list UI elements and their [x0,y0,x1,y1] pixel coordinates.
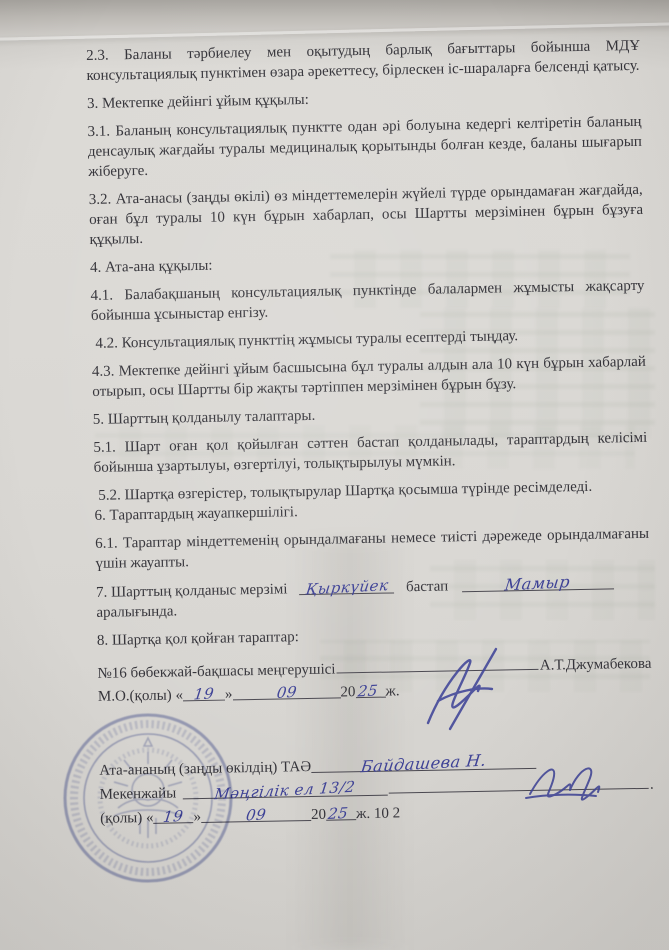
paragraph-3-2: 3.2. Ата-анасы (заңды өкілі) өз міндетте… [89,180,644,250]
official-round-stamp-icon [58,708,238,888]
year-prefix: 20 [340,682,355,702]
section-4-heading: 4. Ата-ана құқылы: [90,248,644,278]
paragraph-5-1: 5.1. Шарт оған қол қойылған сәттен баста… [93,428,648,478]
section-3-heading: 3. Мектепке дейінгі ұйым құқылы: [87,84,641,114]
manager-label: №16 бөбекжай-бақшасы меңгерушісі [97,660,335,684]
seal-label: М.О.(қолы) [98,686,172,707]
manager-signature-line [336,655,539,674]
address-dot: . [650,775,654,795]
parent-year-handwriting: 25 [327,803,350,824]
term-start-handwriting: Қыркүйек [304,575,389,599]
manager-name: А.Т.Джумабекова [540,654,652,676]
paragraph-4-1: 4.1. Балабақшаның консультациялық пункті… [90,276,645,326]
year-prefix: 20 [311,805,326,825]
term-end-underline: Мамыр [462,572,614,592]
term-start-underline: Қыркүйек [299,576,394,595]
address-extra-line [388,774,649,794]
manager-year-handwriting: 25 [356,680,379,701]
paragraph-6-1: 6.1. Тараптар міндеттеменің орындалмаған… [95,524,650,574]
term-prefix: 7. Шарттың қолданыс мерзімі [96,581,288,601]
manager-month-underline: 09 [232,681,340,700]
zh-suffix: ж. [385,681,399,701]
parent-month-handwriting: 09 [245,804,268,825]
paragraph-4-3: 4.3. Мектепке дейінгі ұйым басшысына бұл… [92,352,647,402]
manager-month-handwriting: 09 [275,682,298,703]
parent-name-handwriting: Байдашева Н. [360,751,488,778]
zh-page-suffix: ж. 10 2 [356,803,400,824]
manager-year-underline: 25 [355,681,385,699]
parent-name-underline: Байдашева Н. [311,752,536,773]
term-end-handwriting: Мамыр [504,572,572,596]
parent-year-underline: 25 [326,803,356,821]
paragraph-4-2: 4.2. Консультациялық пункттің жұмысы тур… [91,324,645,354]
section-5-heading: 5. Шарттың қолданылу талаптары. [93,400,647,430]
paragraph-3-1: 3.1. Баланың консультациялық пунктте ода… [87,112,642,182]
paragraph-2-3: 2.3. Баланы тәрбиелеу мен оқытудың барлы… [86,36,641,86]
manager-day-underline: 19 [183,684,225,702]
scanned-contract-photo: 2.3. Баланы тәрбиелеу мен оқытудың барлы… [0,0,669,950]
section-8-heading: 8. Шартқа қол қойған тараптар: [97,621,651,651]
term-middle: бастап [406,578,448,595]
manager-day-handwriting: 19 [193,683,216,704]
